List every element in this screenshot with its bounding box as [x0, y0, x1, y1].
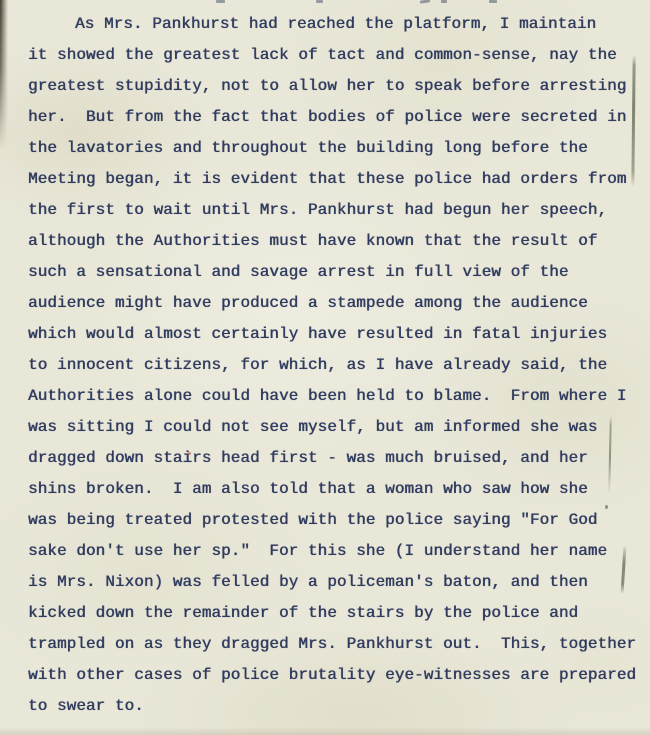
typewritten-line: was being treated protested with the pol… — [28, 505, 643, 536]
typewritten-line: to innocent citizens, for which, as I ha… — [28, 350, 643, 381]
typewritten-line: it showed the greatest lack of tact and … — [28, 40, 643, 71]
letter-body: As Mrs. Pankhurst had reached the platfo… — [28, 9, 643, 722]
typewritten-line: although the Authorities must have known… — [28, 226, 643, 257]
typewritten-line: her. But from the fact that bodies of po… — [28, 102, 643, 133]
scan-edge-shadow — [0, 0, 8, 150]
typewritten-line: the lavatories and throughout the buildi… — [28, 133, 643, 164]
typewritten-line: such a sensational and savage arrest in … — [28, 257, 643, 288]
typewritten-line: sake don't use her sp." For this she (I … — [28, 536, 643, 567]
cropped-line-fragment — [489, 0, 497, 3]
document-page: As Mrs. Pankhurst had reached the platfo… — [0, 0, 650, 735]
cropped-line-fragment — [216, 0, 225, 3]
typewritten-line: Authorities alone could have been held t… — [28, 381, 643, 412]
scan-bottom-shade — [0, 727, 650, 735]
typewritten-line: is Mrs. Nixon) was felled by a policeman… — [28, 567, 643, 598]
cropped-line-fragment — [420, 0, 430, 4]
typewritten-line: greatest stupidity, not to allow her to … — [28, 71, 643, 102]
typewritten-line: shins broken. I am also told that a woma… — [28, 474, 643, 505]
typewritten-line: to swear to. — [28, 691, 643, 722]
typewritten-line: with other cases of police brutality eye… — [28, 660, 643, 691]
ink-speck — [188, 452, 191, 455]
right-margin-pencil-dot — [605, 505, 608, 509]
typewritten-line: Meeting began, it is evident that these … — [28, 164, 643, 195]
typewritten-line: which would almost certainly have result… — [28, 319, 643, 350]
cropped-line-fragment — [441, 0, 447, 3]
cropped-line-fragment — [316, 0, 323, 3]
typewritten-line: the first to wait until Mrs. Pankhurst h… — [28, 195, 643, 226]
typewritten-line: As Mrs. Pankhurst had reached the platfo… — [28, 9, 643, 40]
typewritten-line: was sitting I could not see myself, but … — [28, 412, 643, 443]
typewritten-line: trampled on as they dragged Mrs. Pankhur… — [28, 629, 643, 660]
typewritten-line: audience might have produced a stampede … — [28, 288, 643, 319]
typewritten-line: kicked down the remainder of the stairs … — [28, 598, 643, 629]
typewritten-line: dragged down stairs head first - was muc… — [28, 443, 643, 474]
